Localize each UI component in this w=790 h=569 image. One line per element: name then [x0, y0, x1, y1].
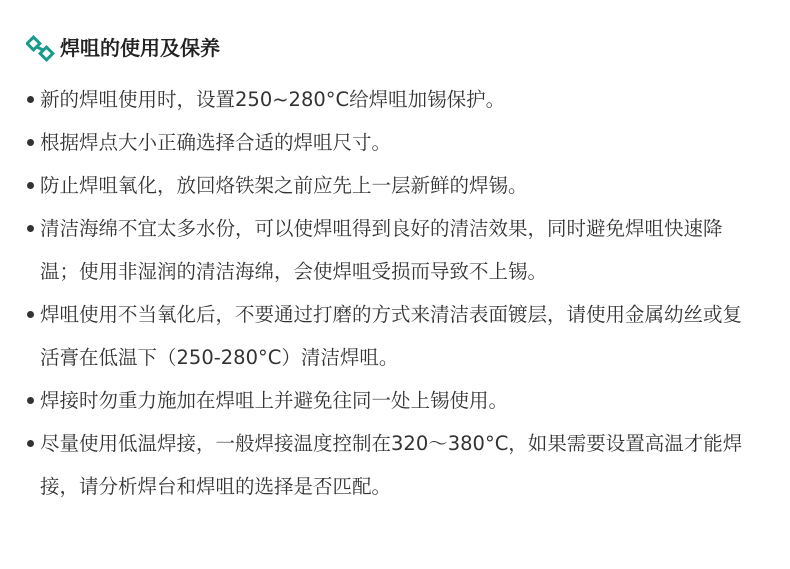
- list-item: 焊咀使用不当氧化后，不要通过打磨的方式来清洁表面镀层，请使用金属幼丝或复活膏在低…: [0, 293, 790, 379]
- list-item-text: 防止焊咀氧化，放回烙铁架之前应先上一层新鲜的焊锡。: [40, 164, 760, 207]
- list-item-text: 根据焊点大小正确选择合适的焊咀尺寸。: [40, 121, 760, 164]
- tips-list: 新的焊咀使用时，设置250~280°C给焊咀加锡保护。 根据焊点大小正确选择合适…: [0, 78, 790, 508]
- bullet-icon: [27, 397, 34, 404]
- bullet-icon: [27, 311, 34, 318]
- list-item: 焊接时勿重力施加在焊咀上并避免往同一处上锡使用。: [0, 379, 790, 422]
- list-item-text: 尽量使用低温焊接，一般焊接温度控制在320～380°C，如果需要设置高温才能焊接…: [40, 422, 760, 508]
- section-header: 焊咀的使用及保养: [26, 33, 220, 63]
- list-item-text: 焊接时勿重力施加在焊咀上并避免往同一处上锡使用。: [40, 379, 760, 422]
- bullet-icon: [27, 96, 34, 103]
- list-item: 清洁海绵不宜太多水份，可以使焊咀得到良好的清洁效果，同时避免焊咀快速降温；使用非…: [0, 207, 790, 293]
- list-item: 新的焊咀使用时，设置250~280°C给焊咀加锡保护。: [0, 78, 790, 121]
- list-item-text: 新的焊咀使用时，设置250~280°C给焊咀加锡保护。: [40, 78, 760, 121]
- list-item: 防止焊咀氧化，放回烙铁架之前应先上一层新鲜的焊锡。: [0, 164, 790, 207]
- bullet-icon: [27, 139, 34, 146]
- section-title: 焊咀的使用及保养: [60, 33, 220, 63]
- bullet-icon: [27, 225, 34, 232]
- bullet-icon: [27, 440, 34, 447]
- bullet-icon: [27, 182, 34, 189]
- link-icon: [26, 34, 56, 62]
- list-item: 尽量使用低温焊接，一般焊接温度控制在320～380°C，如果需要设置高温才能焊接…: [0, 422, 790, 508]
- list-item-text: 清洁海绵不宜太多水份，可以使焊咀得到良好的清洁效果，同时避免焊咀快速降温；使用非…: [40, 207, 760, 293]
- list-item: 根据焊点大小正确选择合适的焊咀尺寸。: [0, 121, 790, 164]
- list-item-text: 焊咀使用不当氧化后，不要通过打磨的方式来清洁表面镀层，请使用金属幼丝或复活膏在低…: [40, 293, 760, 379]
